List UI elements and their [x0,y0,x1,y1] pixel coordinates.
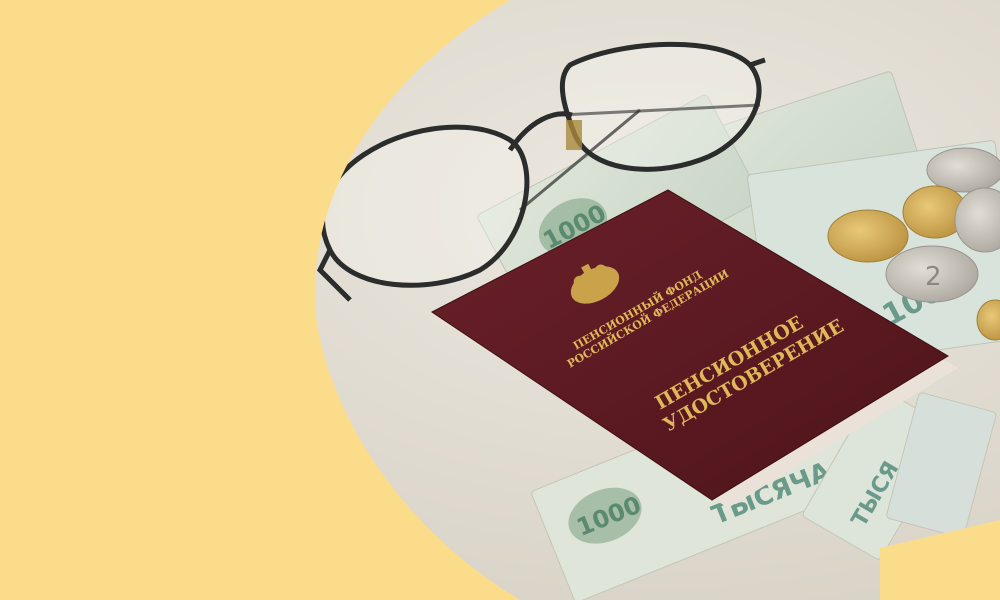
coin-denomination: 2 [925,262,942,292]
photo-composition: 1000 1000 1000 1000 ТЫСЯЧА РУБЛЕЙ [0,0,1000,600]
pension-banner: 1000 1000 1000 1000 ТЫСЯЧА РУБЛЕЙ [0,0,1000,600]
